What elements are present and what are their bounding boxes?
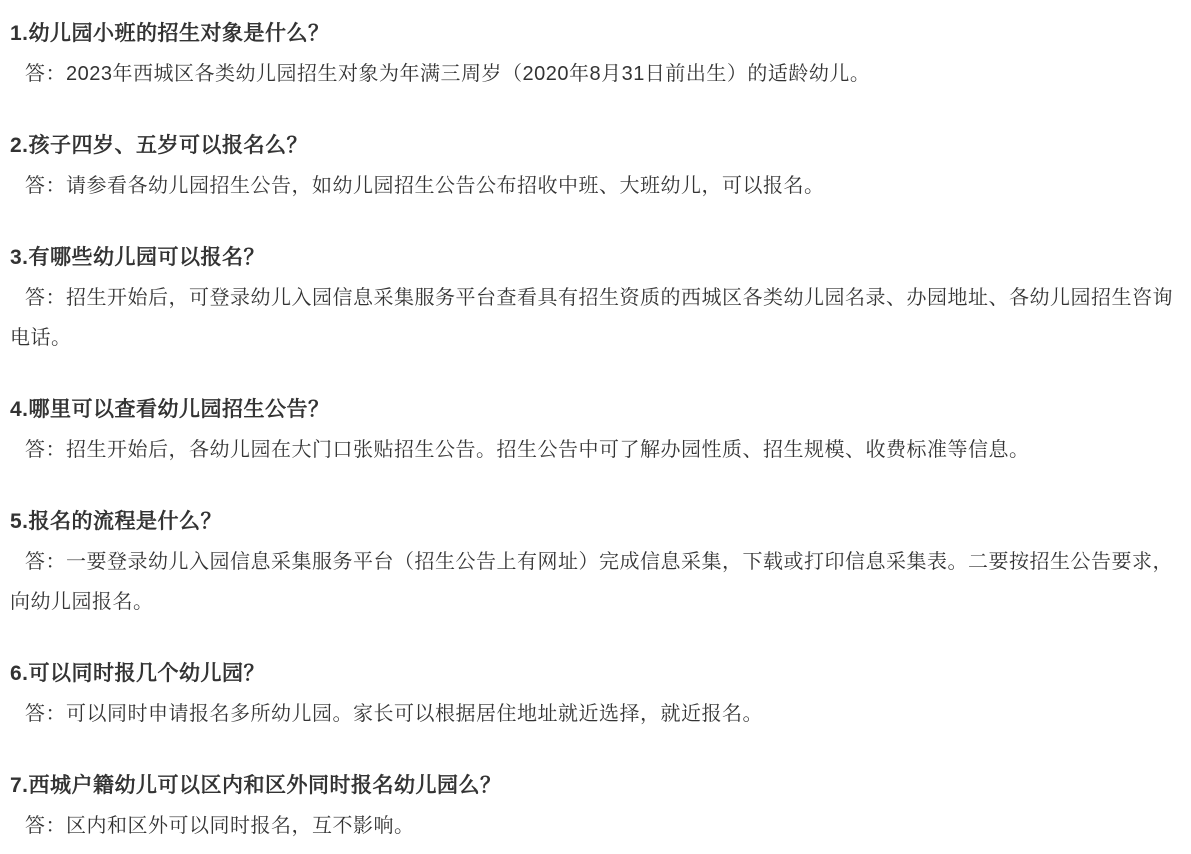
faq-question: 7.西城户籍幼儿可以区内和区外同时报名幼儿园么？ [10,766,1181,806]
faq-item: 6.可以同时报几个幼儿园？ 答：可以同时申请报名多所幼儿园。家长可以根据居住地址… [10,654,1181,734]
faq-question: 6.可以同时报几个幼儿园？ [10,654,1181,694]
faq-item: 7.西城户籍幼儿可以区内和区外同时报名幼儿园么？ 答：区内和区外可以同时报名，互… [10,766,1181,846]
faq-item: 3.有哪些幼儿园可以报名？ 答：招生开始后，可登录幼儿入园信息采集服务平台查看具… [10,238,1181,358]
faq-question: 1.幼儿园小班的招生对象是什么？ [10,14,1181,54]
faq-answer: 答：招生开始后，各幼儿园在大门口张贴招生公告。招生公告中可了解办园性质、招生规模… [10,430,1181,470]
faq-item: 2.孩子四岁、五岁可以报名么？ 答：请参看各幼儿园招生公告，如幼儿园招生公告公布… [10,126,1181,206]
faq-answer: 答：请参看各幼儿园招生公告，如幼儿园招生公告公布招收中班、大班幼儿，可以报名。 [10,166,1181,206]
faq-answer: 答：一要登录幼儿入园信息采集服务平台（招生公告上有网址）完成信息采集，下载或打印… [10,542,1181,622]
faq-question: 3.有哪些幼儿园可以报名？ [10,238,1181,278]
faq-item: 1.幼儿园小班的招生对象是什么？ 答：2023年西城区各类幼儿园招生对象为年满三… [10,14,1181,94]
faq-item: 4.哪里可以查看幼儿园招生公告？ 答：招生开始后，各幼儿园在大门口张贴招生公告。… [10,390,1181,470]
faq-answer: 答：可以同时申请报名多所幼儿园。家长可以根据居住地址就近选择，就近报名。 [10,694,1181,734]
faq-answer: 答：招生开始后，可登录幼儿入园信息采集服务平台查看具有招生资质的西城区各类幼儿园… [10,278,1181,358]
faq-answer: 答：区内和区外可以同时报名，互不影响。 [10,806,1181,846]
faq-answer: 答：2023年西城区各类幼儿园招生对象为年满三周岁（2020年8月31日前出生）… [10,54,1181,94]
faq-question: 4.哪里可以查看幼儿园招生公告？ [10,390,1181,430]
faq-item: 5.报名的流程是什么？ 答：一要登录幼儿入园信息采集服务平台（招生公告上有网址）… [10,502,1181,622]
faq-document: 1.幼儿园小班的招生对象是什么？ 答：2023年西城区各类幼儿园招生对象为年满三… [0,0,1191,854]
faq-question: 5.报名的流程是什么？ [10,502,1181,542]
faq-question: 2.孩子四岁、五岁可以报名么？ [10,126,1181,166]
